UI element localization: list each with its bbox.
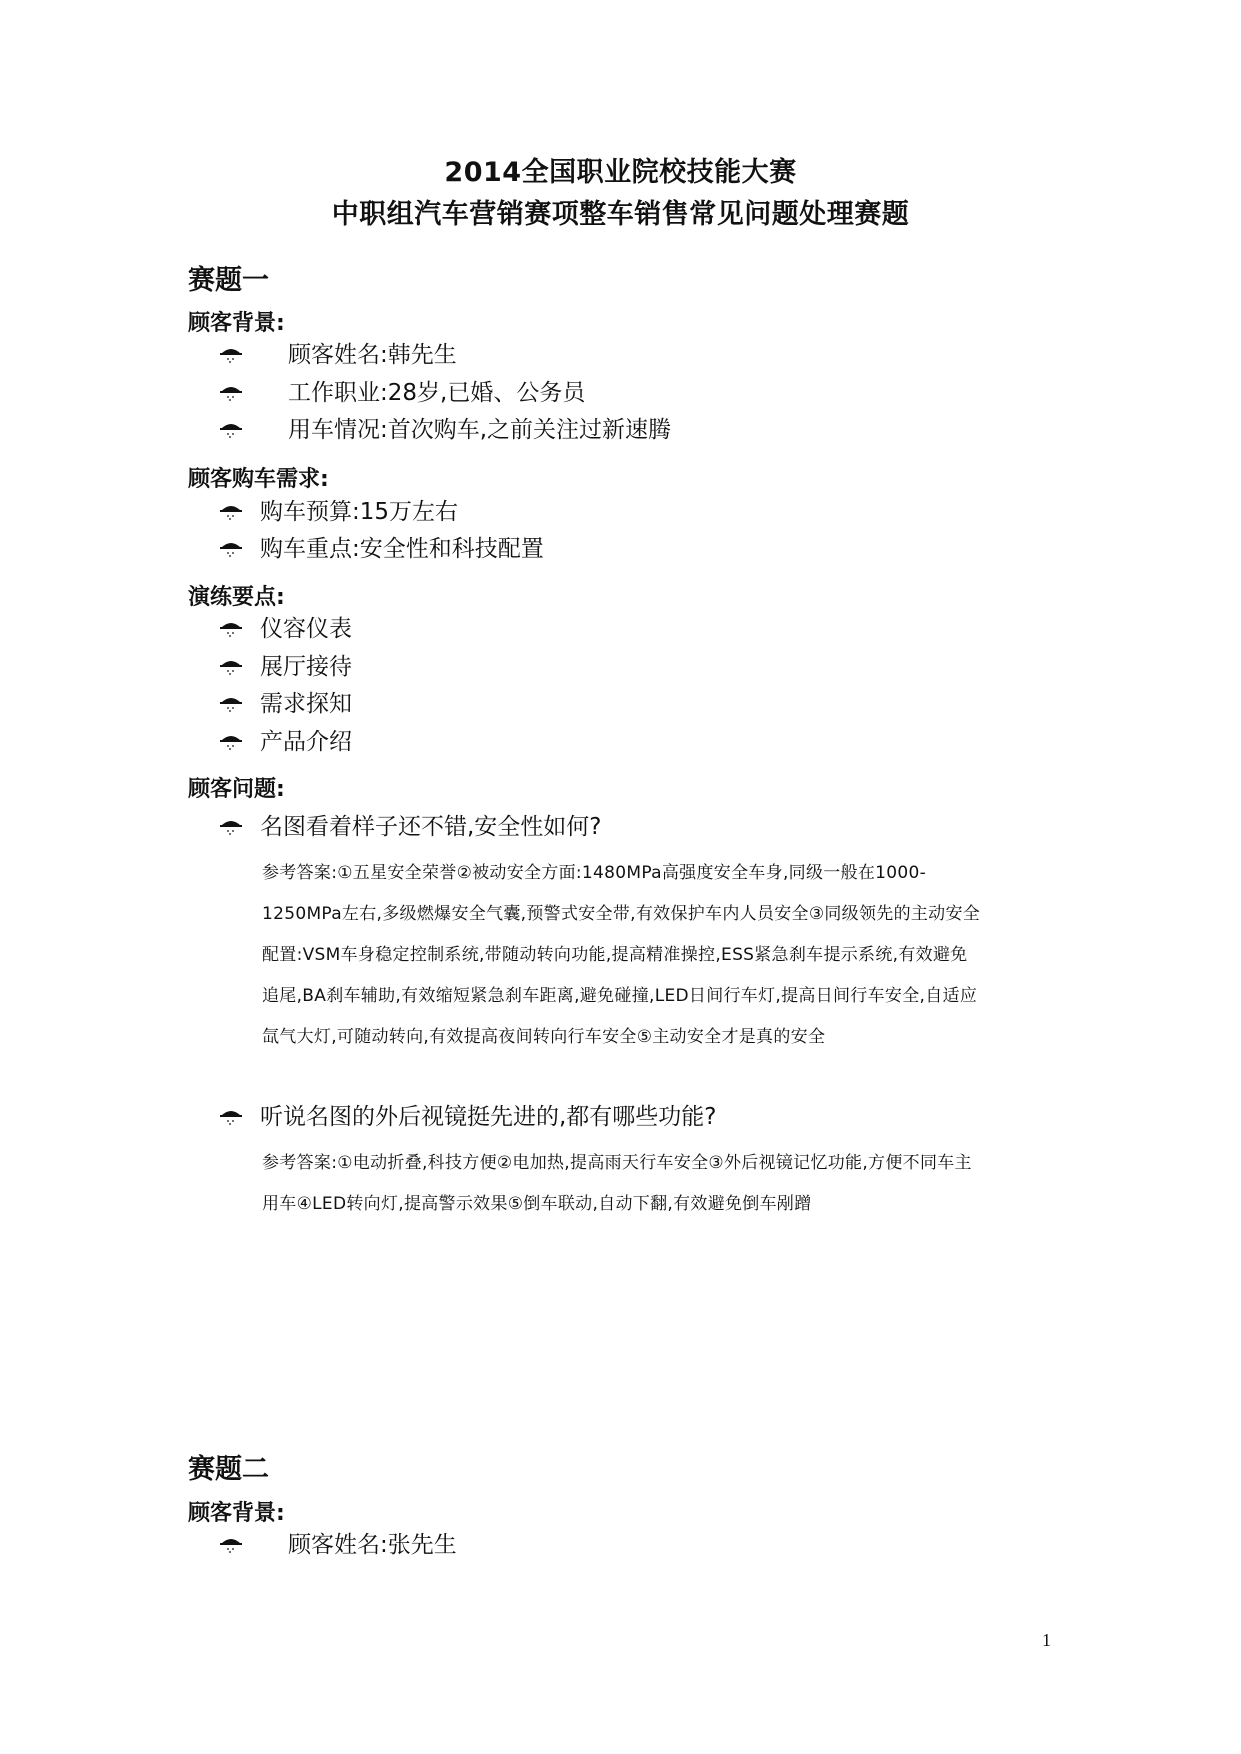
question-text: 听说名图的外后视镜挺先进的,都有哪些功能? xyxy=(260,1102,717,1132)
umbrella-rain-icon xyxy=(220,383,242,403)
list-item: 需求探知 xyxy=(220,689,242,719)
umbrella-rain-icon xyxy=(220,539,242,559)
problem1-title: 赛题一 xyxy=(188,258,269,297)
background-item-text: 工作职业:28岁,已婚、公务员 xyxy=(288,378,585,408)
list-item: 用车情况:首次购车,之前关注过新速腾 xyxy=(220,415,242,445)
background-item-text: 顾客姓名:韩先生 xyxy=(288,340,457,370)
drill-item-text: 展厅接待 xyxy=(260,652,352,682)
list-item: 仪容仪表 xyxy=(220,614,242,644)
problem1-background-heading: 顾客背景: xyxy=(188,306,285,337)
list-item: 顾客姓名:韩先生 xyxy=(220,340,242,370)
drill-item-text: 产品介绍 xyxy=(260,727,352,757)
umbrella-rain-icon xyxy=(220,817,242,837)
question-item: 听说名图的外后视镜挺先进的,都有哪些功能? xyxy=(220,1102,242,1132)
document-page: 2014全国职业院校技能大赛 中职组汽车营销赛项整车销售常见问题处理赛题 赛题一… xyxy=(0,0,1241,1754)
answer-line: 氙气大灯,可随动转向,有效提高夜间转向行车安全⑤主动安全才是真的安全 xyxy=(262,1026,825,1048)
background-item-text: 用车情况:首次购车,之前关注过新速腾 xyxy=(288,415,671,445)
problem1-questions-heading: 顾客问题: xyxy=(188,772,285,803)
question-text: 名图看着样子还不错,安全性如何? xyxy=(260,812,602,842)
list-item: 购车重点:安全性和科技配置 xyxy=(220,534,242,564)
answer-line: 参考答案:①电动折叠,科技方便②电加热,提高雨天行车安全③外后视镜记忆功能,方便… xyxy=(262,1152,972,1174)
document-title-line2: 中职组汽车营销赛项整车销售常见问题处理赛题 xyxy=(0,192,1241,231)
problem2-background-heading: 顾客背景: xyxy=(188,1496,285,1527)
umbrella-rain-icon xyxy=(220,1535,242,1555)
problem1-drill-heading: 演练要点: xyxy=(188,580,285,611)
umbrella-rain-icon xyxy=(220,694,242,714)
answer-line: 1250MPa左右,多级燃爆安全气囊,预警式安全带,有效保护车内人员安全③同级领… xyxy=(262,903,980,925)
umbrella-rain-icon xyxy=(220,619,242,639)
answer-line: 配置:VSM车身稳定控制系统,带随动转向功能,提高精准操控,ESS紧急刹车提示系… xyxy=(262,944,968,966)
needs-item-text: 购车预算:15万左右 xyxy=(260,497,458,527)
needs-item-text: 购车重点:安全性和科技配置 xyxy=(260,534,544,564)
umbrella-rain-icon xyxy=(220,732,242,752)
page-number: 1 xyxy=(1042,1630,1051,1651)
answer-line: 参考答案:①五星安全荣誉②被动安全方面:1480MPa高强度安全车身,同级一般在… xyxy=(262,862,926,884)
drill-item-text: 需求探知 xyxy=(260,689,352,719)
list-item: 购车预算:15万左右 xyxy=(220,497,242,527)
umbrella-rain-icon xyxy=(220,502,242,522)
list-item: 产品介绍 xyxy=(220,727,242,757)
umbrella-rain-icon xyxy=(220,1107,242,1127)
drill-item-text: 仪容仪表 xyxy=(260,614,352,644)
list-item: 展厅接待 xyxy=(220,652,242,682)
problem2-title: 赛题二 xyxy=(188,1447,269,1486)
problem1-needs-heading: 顾客购车需求: xyxy=(188,462,329,493)
answer-line: 用车④LED转向灯,提高警示效果⑤倒车联动,自动下翻,有效避免倒车剐蹭 xyxy=(262,1193,812,1215)
umbrella-rain-icon xyxy=(220,420,242,440)
list-item: 工作职业:28岁,已婚、公务员 xyxy=(220,378,242,408)
umbrella-rain-icon xyxy=(220,345,242,365)
umbrella-rain-icon xyxy=(220,657,242,677)
background-item-text: 顾客姓名:张先生 xyxy=(288,1530,457,1560)
answer-line: 追尾,BA刹车辅助,有效缩短紧急刹车距离,避免碰撞,LED日间行车灯,提高日间行… xyxy=(262,985,977,1007)
document-title-line1: 2014全国职业院校技能大赛 xyxy=(0,150,1241,189)
list-item: 顾客姓名:张先生 xyxy=(220,1530,242,1560)
question-item: 名图看着样子还不错,安全性如何? xyxy=(220,812,242,842)
